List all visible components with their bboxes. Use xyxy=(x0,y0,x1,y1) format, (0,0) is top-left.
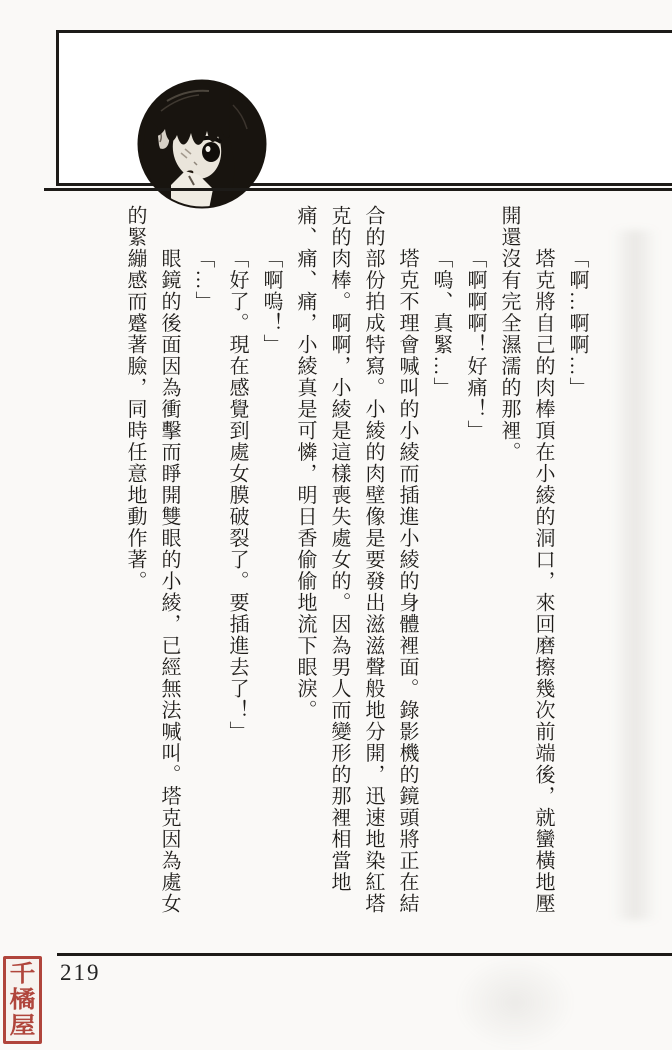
text-column: 「啊…啊啊…」 xyxy=(560,205,594,943)
text-columns: 「啊…啊啊…」塔克將自己的肉棒頂在小綾的洞口，來回磨擦幾次前端後，就蠻橫地壓開還… xyxy=(118,205,594,943)
scan-shading-right xyxy=(612,230,658,920)
text-column: 的緊繃感而蹙著臉，同時任意地動作著。 xyxy=(118,205,152,943)
text-column: 塔克將自己的肉棒頂在小綾的洞口，來回磨擦幾次前端後，就蠻橫地壓 xyxy=(526,205,560,943)
text-column: 「嗚、真緊…」 xyxy=(424,205,458,943)
publisher-seal: 千 橘 屋 xyxy=(3,956,42,1044)
text-column: 「啊啊啊！好痛！」 xyxy=(458,205,492,943)
seal-char: 屋 xyxy=(10,1013,36,1039)
book-page: { "colors": { "ink": "#1d1b18", "paper":… xyxy=(0,0,672,1050)
seal-char: 千 xyxy=(10,961,36,987)
scan-shading-bottom xyxy=(455,955,575,1050)
text-column: 「好了。現在感覺到處女膜破裂了。要插進去了！」 xyxy=(220,205,254,943)
divider-top xyxy=(44,188,672,191)
text-column: 開還沒有完全濕濡的那裡。 xyxy=(492,205,526,943)
text-column: 眼鏡的後面因為衝擊而睜開雙眼的小綾，已經無法喊叫。塔克因為處女 xyxy=(152,205,186,943)
divider-bottom xyxy=(57,953,672,956)
text-column: 塔克不理會喊叫的小綾而插進小綾的身體裡面。錄影機的鏡頭將正在結 xyxy=(390,205,424,943)
text-column: 「…」 xyxy=(186,205,220,943)
text-column: 克的肉棒。啊啊，小綾是這樣喪失處女的。因為男人而變形的那裡相當地 xyxy=(322,205,356,943)
seal-char: 橘 xyxy=(10,987,36,1013)
page-number: 219 xyxy=(60,960,101,986)
header-illustration-box xyxy=(56,30,672,186)
text-column: 「啊嗚！」 xyxy=(254,205,288,943)
text-column: 痛、痛、痛，小綾真是可憐，明日香偷偷地流下眼淚。 xyxy=(288,205,322,943)
text-column: 合的部份拍成特寫。小綾的肉壁像是要發出滋滋聲般地分開，迅速地染紅塔 xyxy=(356,205,390,943)
